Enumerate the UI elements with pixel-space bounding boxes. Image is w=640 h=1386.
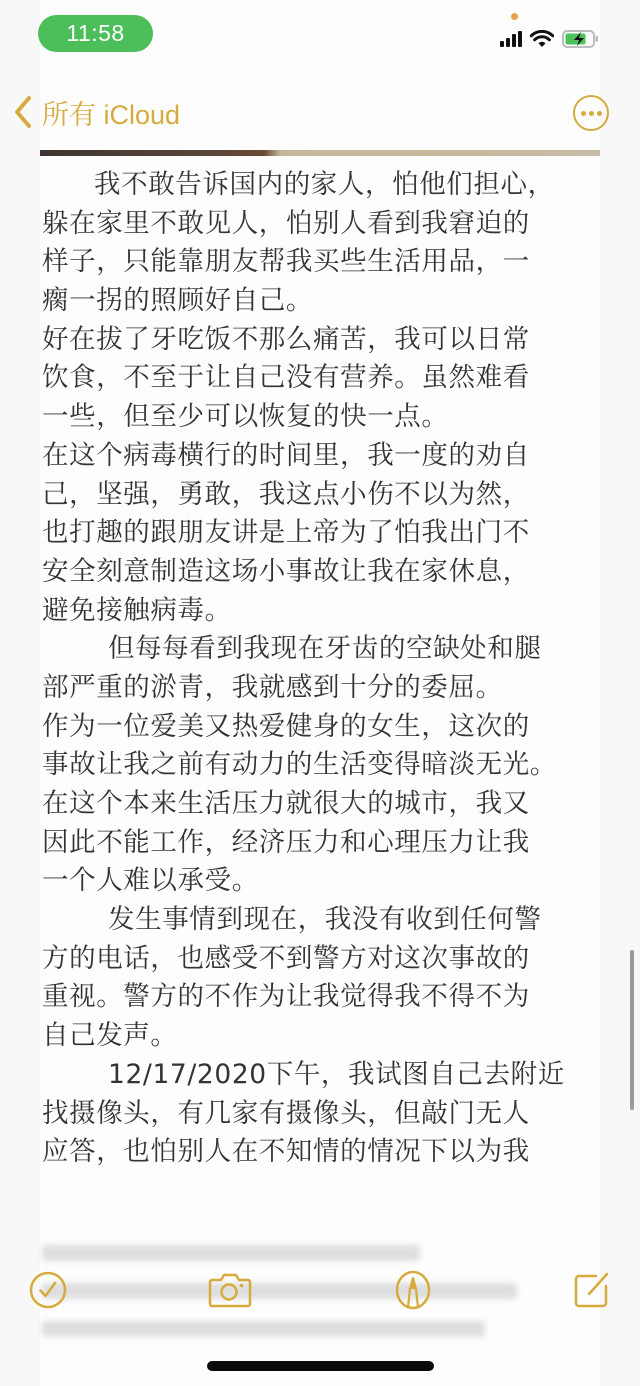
note-line: 也打趣的跟朋友讲是上帝为了怕我出门不 xyxy=(42,514,602,553)
back-label: 所有 iCloud xyxy=(42,93,180,132)
note-line: 瘸一拐的照顾好自己。 xyxy=(42,282,602,321)
note-line: 作为一位爱美又热爱健身的女生，这次的 xyxy=(42,708,602,747)
note-line: 方的电话，也感受不到警方对这次事故的 xyxy=(42,940,602,979)
note-line: 重视。警方的不作为让我觉得我不得不为 xyxy=(42,978,602,1017)
note-line: 躲在家里不敢见人，怕别人看到我窘迫的 xyxy=(42,205,602,244)
status-icons xyxy=(500,28,600,50)
compose-icon xyxy=(572,1270,612,1310)
note-line: 事故让我之前有动力的生活变得暗淡无光。 xyxy=(42,746,602,785)
back-button[interactable]: 所有 iCloud xyxy=(12,92,180,132)
home-indicator[interactable] xyxy=(207,1361,434,1371)
note-line: 避免接触病毒。 xyxy=(42,592,602,631)
checklist-icon xyxy=(28,1270,68,1310)
note-line: 12/17/2020下午，我试图自己去附近 xyxy=(42,1056,602,1095)
attached-image-bottom-edge xyxy=(40,150,600,156)
note-line: 饮食，不至于让自己没有营养。虽然难看 xyxy=(42,359,602,398)
note-line: 在这个病毒横行的时间里，我一度的劝自 xyxy=(42,437,602,476)
note-line: 部严重的淤青，我就感到十分的委屈。 xyxy=(42,669,602,708)
more-options-button[interactable] xyxy=(573,95,609,131)
note-line: 在这个本来生活压力就很大的城市，我又 xyxy=(42,785,602,824)
cellular-signal-icon xyxy=(500,31,522,47)
note-line: 找摄像头，有几家有摄像头，但敲门无人 xyxy=(42,1095,602,1134)
camera-icon xyxy=(207,1271,253,1309)
ellipsis-dot xyxy=(581,111,586,116)
compose-button[interactable] xyxy=(570,1268,614,1312)
ellipsis-dot xyxy=(589,111,594,116)
note-line: 发生事情到现在，我没有收到任何警 xyxy=(42,901,602,940)
note-line: 一些，但至少可以恢复的快一点。 xyxy=(42,398,602,437)
note-line: 我不敢告诉国内的家人，怕他们担心， xyxy=(42,166,602,205)
note-line: 因此不能工作，经济压力和心理压力让我 xyxy=(42,824,602,863)
vertical-scrollbar[interactable] xyxy=(630,950,634,1110)
wifi-icon xyxy=(530,30,554,48)
ellipsis-dot xyxy=(597,111,602,116)
note-line: 一个人难以承受。 xyxy=(42,862,602,901)
note-line: 应答，也怕别人在不知情的情况下以为我 xyxy=(42,1133,602,1172)
privacy-indicator-dot xyxy=(511,13,518,20)
note-text-body[interactable]: 我不敢告诉国内的家人，怕他们担心， 躲在家里不敢见人，怕别人看到我窘迫的 样子，… xyxy=(42,166,602,1172)
battery-charging-icon xyxy=(562,29,600,49)
note-line: 但每每看到我现在牙齿的空缺处和腿 xyxy=(42,630,602,669)
markup-button[interactable] xyxy=(391,1268,435,1312)
chevron-left-icon xyxy=(12,95,34,129)
note-line: 自己发声。 xyxy=(42,1017,602,1056)
note-line: 安全刻意制造这场小事故让我在家休息， xyxy=(42,553,602,592)
markup-pen-icon xyxy=(393,1269,433,1311)
note-line: 好在拔了牙吃饭不那么痛苦，我可以日常 xyxy=(42,321,602,360)
bottom-toolbar xyxy=(0,1268,640,1318)
status-time: 11:58 xyxy=(38,15,153,52)
note-line: 样子，只能靠朋友帮我买些生活用品，一 xyxy=(42,243,602,282)
note-line: 己，坚强，勇敢，我这点小伤不以为然， xyxy=(42,476,602,515)
camera-button[interactable] xyxy=(206,1268,254,1312)
checklist-button[interactable] xyxy=(26,1268,70,1312)
